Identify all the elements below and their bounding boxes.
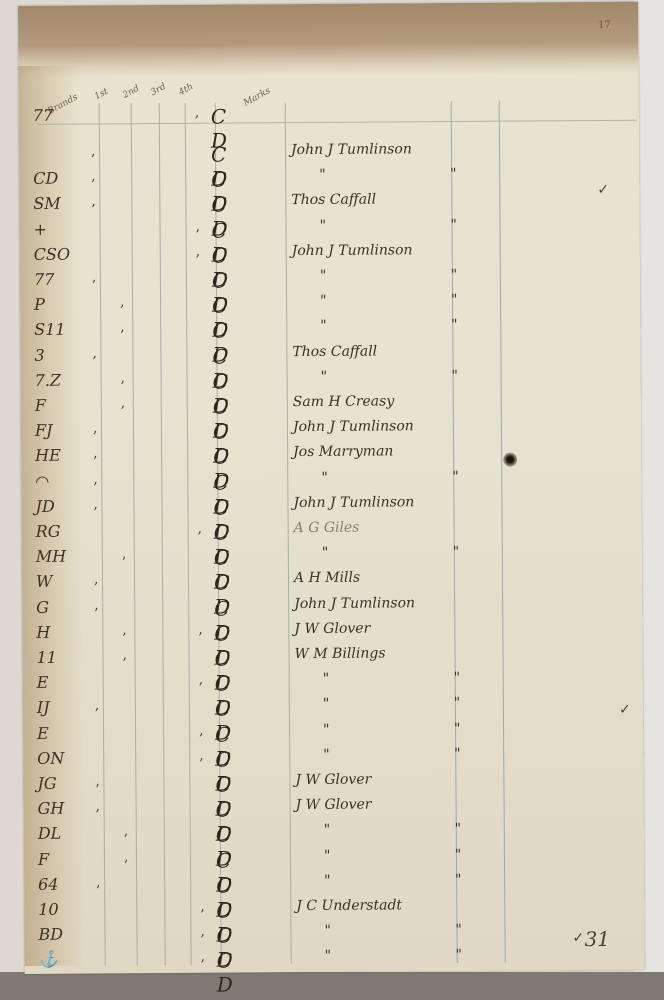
brand: 3 [34,345,44,364]
tally-tick: , [196,244,201,260]
tally-tick: , [120,294,125,310]
tally-tick: , [200,899,205,915]
tally-tick: , [93,496,98,512]
tally-tick: , [96,799,101,815]
owner-name: W M Billings [294,645,385,662]
brand: 7.Z [35,371,62,390]
header-note: 4th [177,82,195,98]
brand: 10 [38,900,58,919]
owner-name: John J Tumlinson [291,141,412,158]
header-note: 2nd [121,84,141,101]
tally-tick: , [120,320,125,336]
brand: 64 [38,875,58,894]
table-row: FJ,C DJohn J Tumlinson [21,417,641,443]
table-row: SM,C DThos Caffall [19,190,639,216]
brand: 77 [34,270,54,289]
water-stain-top [18,2,638,78]
table-row: JD,C DJohn J Tumlinson [21,492,641,518]
owner-name: " " [319,166,516,183]
table-row: 11,C DW M Billings [22,644,642,670]
tally-tick: , [198,622,203,638]
owner-name: " " [322,544,519,561]
brand: H [36,623,50,642]
table-row: 3,C DThos Caffall [20,341,640,367]
check-mark: ✓ [619,702,631,718]
tally-tick: , [121,395,126,411]
owner-name: " " [323,695,520,712]
table-row: F,C DSam H Creasy [21,392,641,418]
tick: , [195,105,200,121]
tally-tick: , [121,370,126,386]
table-row: E,C D" " [23,719,643,745]
owner-name: J C Understadt [296,897,402,914]
owner-name: " " [319,216,516,233]
tally-tick: , [96,874,101,890]
tally-tick: , [124,824,129,840]
tally-tick: , [122,546,127,562]
brand: 77 [33,106,53,125]
tally-tick: , [122,647,127,663]
owner-name: A H Mills [294,570,360,586]
owner-name: A G Giles [294,520,360,536]
table-row: F,C D" " [24,845,644,871]
brand: CD [33,169,58,188]
brand: FJ [35,421,53,440]
tally-tick: , [122,622,127,638]
brand: JG [37,774,56,793]
table-row: CSO,C DJohn J Tumlinson [20,240,640,266]
table-row: JG,C DJ W Glover [23,770,643,796]
table-row: P,C D" " [20,291,640,317]
tally-tick: , [199,748,204,764]
owner-name: John J Tumlinson [293,418,414,435]
brand: GH [38,799,65,818]
brand: RG [36,522,61,541]
ledger-rows: ,C DJohn J TumlinsonCD,C D" "SM,C DThos … [19,140,639,144]
brand: F [35,396,46,415]
brand: P [34,295,45,314]
brand: E [37,723,49,742]
tally-tick: , [201,949,206,965]
brand: JD [35,497,54,516]
tally-tick: , [91,169,96,185]
brand: S11 [34,320,65,339]
table-row: MH,C D" " [22,543,642,569]
owner-name: " " [325,947,522,964]
owner-name: " " [323,745,520,762]
tally-tick: , [94,572,99,588]
check-mark: ✓ [597,182,609,198]
table-row: G,C DJohn J Tumlinson [22,593,642,619]
brand: DL [38,824,62,843]
header-note: 3rd [149,82,168,98]
table-row: RG,C DA G Giles [22,518,642,544]
owner-name: John J Tumlinson [293,494,414,511]
brand: 11 [36,648,56,667]
tally-tick: , [92,345,97,361]
brand: G [36,597,49,616]
owner-name: Thos Caffall [292,343,377,360]
tally-tick: , [199,672,204,688]
header-row: 77 , C D [19,102,639,128]
owner-name: Thos Caffall [291,192,376,209]
table-row: CD,C D" " [19,165,639,191]
table-row: ◠,C D" " [21,467,641,493]
tally-tick: , [198,521,203,537]
tally-tick: , [92,269,97,285]
table-row: +,C D" " [19,215,639,241]
corner-page-number: 17 [598,20,611,31]
scan-backdrop-bottom [0,972,664,1000]
owner-name: J W Glover [296,797,372,814]
owner-name: " " [324,846,521,863]
owner-name: John J Tumlinson [294,595,415,612]
owner-name: " " [324,821,521,838]
check-mark: ✓ [572,930,584,946]
brand: ⚓ [39,950,59,969]
owner-name: " " [324,922,521,939]
tally-tick: , [199,722,204,738]
owner-name: " " [320,267,517,284]
tally-tick: , [95,698,100,714]
table-row: 7.Z,C D" " [21,366,641,392]
table-row: ,C DJohn J Tumlinson [19,140,639,166]
tally-tick: , [93,471,98,487]
table-row: S11,C D" " [20,316,640,342]
tally-tick: , [200,924,205,940]
owner-name: Sam H Creasy [293,393,395,410]
ledger-page: 17 Brands 1st 2nd 3rd 4th Marks 77 , C D… [18,2,645,974]
owner-name: J W Glover [295,772,371,789]
table-row: ⚓,C D" " [25,946,645,972]
brand: IJ [37,698,50,717]
table-row: E,C D" " [23,669,643,695]
brand: ON [37,748,64,767]
table-row: ON,C D" " [23,744,643,770]
brand: E [37,673,49,692]
owner-name: " " [321,367,518,384]
brand: MH [36,547,66,566]
tally-tick: , [93,446,98,462]
tally-tick: , [94,597,99,613]
table-row: W,C DA H Mills [22,568,642,594]
table-row: IJ,C D" " [23,694,643,720]
owner-name: " " [323,670,520,687]
table-row: DL,C D" " [24,820,644,846]
tally-tick: , [91,143,96,159]
owner-name: " " [324,871,521,888]
tally-tick: , [91,194,96,210]
owner-name: " " [321,468,518,485]
page-total: 31 [584,927,610,951]
brand: SM [33,194,60,213]
tally-tick: , [95,773,100,789]
table-row: BD,C D" " [24,921,644,947]
tally-tick: , [124,849,129,865]
table-row: H,,C DJ W Glover [22,618,642,644]
owner-name: John J Tumlinson [292,242,413,259]
brand: W [36,572,53,591]
brand: F [38,849,49,868]
brand: + [33,219,47,238]
brand: ◠ [35,471,49,490]
tally-tick: , [195,218,200,234]
table-row: 10,C DJ C Understadt [24,896,644,922]
owner-name: Jos Marryman [293,444,393,461]
table-row: 64,C D" " [24,870,644,896]
brand: HE [35,446,61,465]
owner-name: " " [320,292,517,309]
header-note: 1st [93,87,110,102]
table-row: GH,C DJ W Glover [24,795,644,821]
table-row: HE,C DJos Marryman [21,442,641,468]
brand: CSO [34,244,70,263]
owner-name: J W Glover [294,620,370,637]
owner-name: " " [323,720,520,737]
ear-mark: C D [217,949,281,997]
table-row: 77,C D" " [20,266,640,292]
tally-tick: , [93,421,98,437]
owner-name: " " [320,317,517,334]
brand: BD [38,925,63,944]
